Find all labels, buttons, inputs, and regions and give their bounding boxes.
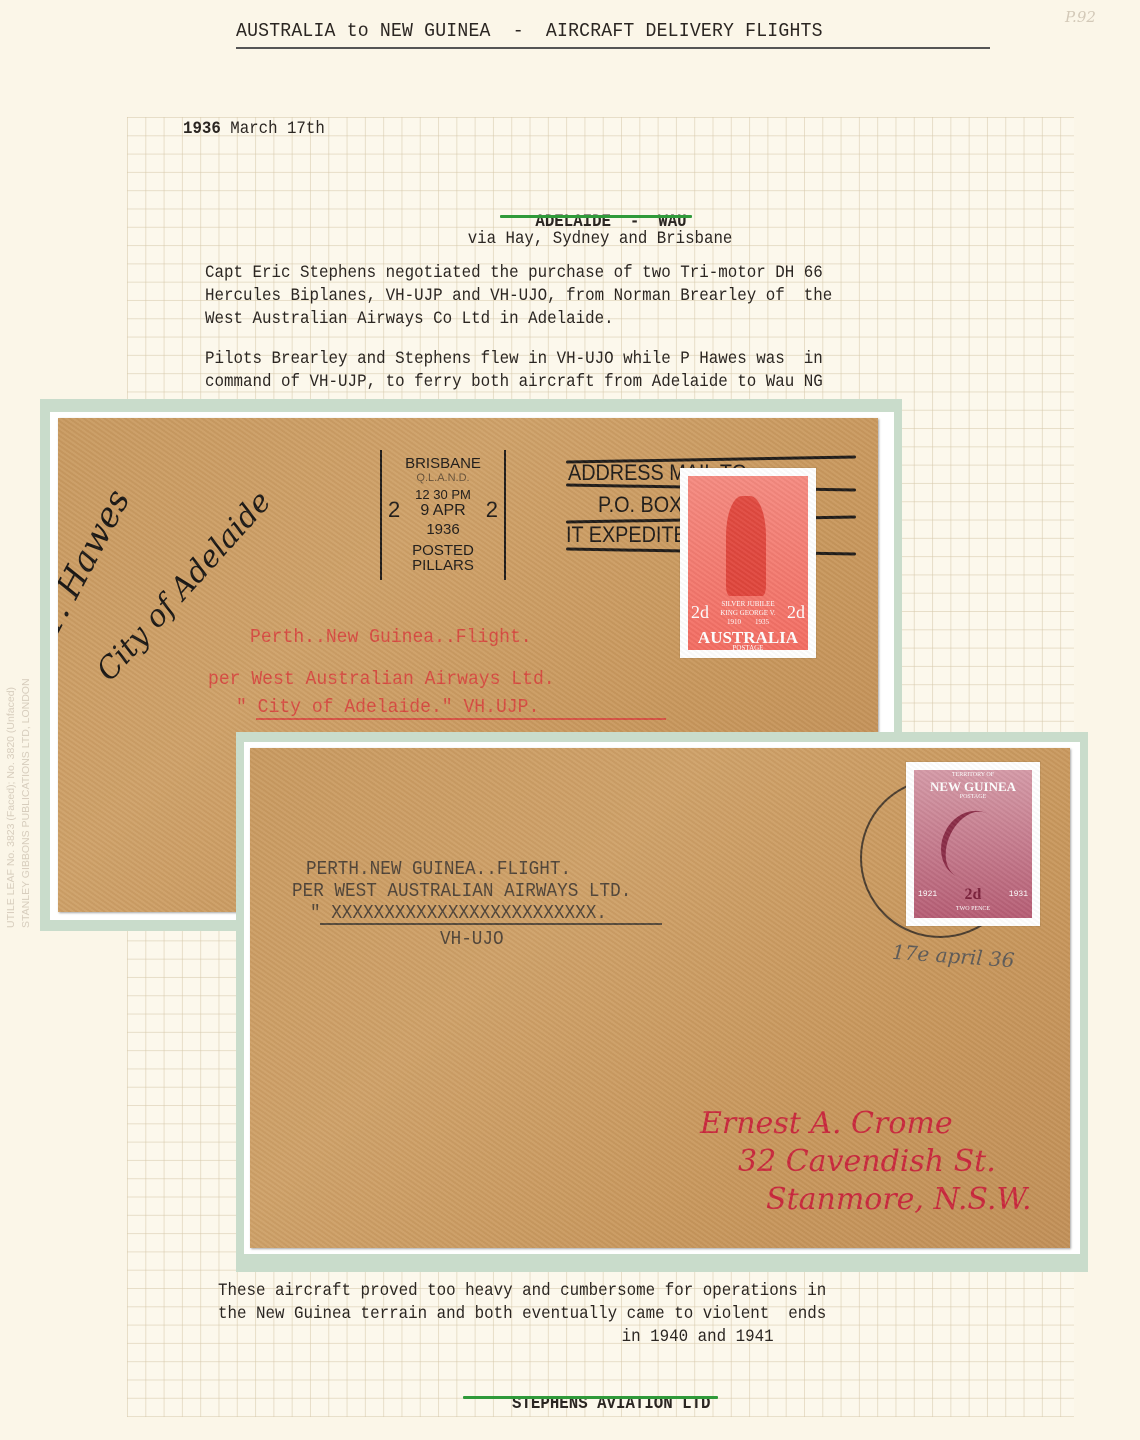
bird-of-paradise-icon [930, 801, 1014, 890]
paragraph-pilots: Pilots Brearley and Stephens flew in VH-… [205, 348, 977, 394]
cachet2-line-2: PER WEST AUSTRALIAN AIRWAYS LTD. [292, 880, 631, 902]
address-street: 32 Cavendish St. [738, 1144, 996, 1179]
king-on-horse-icon [726, 496, 766, 596]
cachet2-line-3-struck: " XXXXXXXXXXXXXXXXXXXXXXXXX. [310, 902, 607, 924]
footer-heading-line: STEPHENS AVIATION LTD [127, 1374, 1074, 1414]
album-leaf-imprint: UTILE LEAF No. 3823 (Faced); No. 3820 (U… [0, 590, 40, 930]
brisbane-postmark: BRISBANE Q.L.A.N.D. 12 30 PM 2 9 APR 2 1… [380, 450, 506, 580]
cachet-line-2: per West Australian Airways Ltd. [208, 668, 555, 690]
page-title: AUSTRALIA to NEW GUINEA - AIRCRAFT DELIV… [236, 20, 823, 42]
pilot-signature: P. Hawes [58, 483, 138, 638]
cachet-line-3: " City of Adelaide." VH.UJP. [236, 696, 539, 718]
cachet2-registration: VH-UJO [440, 928, 504, 950]
cachet2-line-1: PERTH.NEW GUINEA..FLIGHT. [306, 858, 571, 880]
title-underline [236, 47, 990, 49]
flight-year: 1936 [183, 119, 221, 139]
cachet2-underline [320, 923, 662, 925]
route-heading-underline [500, 215, 692, 218]
cachet-line-1: Perth..New Guinea..Flight. [250, 626, 532, 648]
pencil-arrival-date: 17e april 36 [891, 940, 1015, 972]
flight-date: 1936 March 17th [183, 119, 325, 139]
address-suburb: Stanmore, N.S.W. [766, 1182, 1032, 1217]
flight-day: March 17th [221, 119, 325, 139]
australia-jubilee-stamp: SILVER JUBILEE KING GEORGE V. 1910 1935 … [680, 468, 816, 658]
new-guinea-bird-stamp: TERRITORY OF NEW GUINEA POSTAGE 2d 1921 … [906, 762, 1040, 926]
paragraph-purchase: Capt Eric Stephens negotiated the purcha… [205, 262, 977, 331]
paragraph-fate: These aircraft proved too heavy and cumb… [218, 1280, 978, 1349]
address-name: Ernest A. Crome [700, 1106, 953, 1141]
route-via: via Hay, Sydney and Brisbane [127, 229, 1074, 249]
route-heading-line: ADELAIDE - WAU [127, 192, 1074, 232]
cover-vh-ujo[interactable]: TERRITORY OF NEW GUINEA POSTAGE 2d 1921 … [250, 748, 1070, 1248]
pencil-page-note: P.92 [1065, 8, 1096, 26]
cachet-underline [256, 718, 666, 720]
footer-heading-underline [463, 1396, 718, 1399]
